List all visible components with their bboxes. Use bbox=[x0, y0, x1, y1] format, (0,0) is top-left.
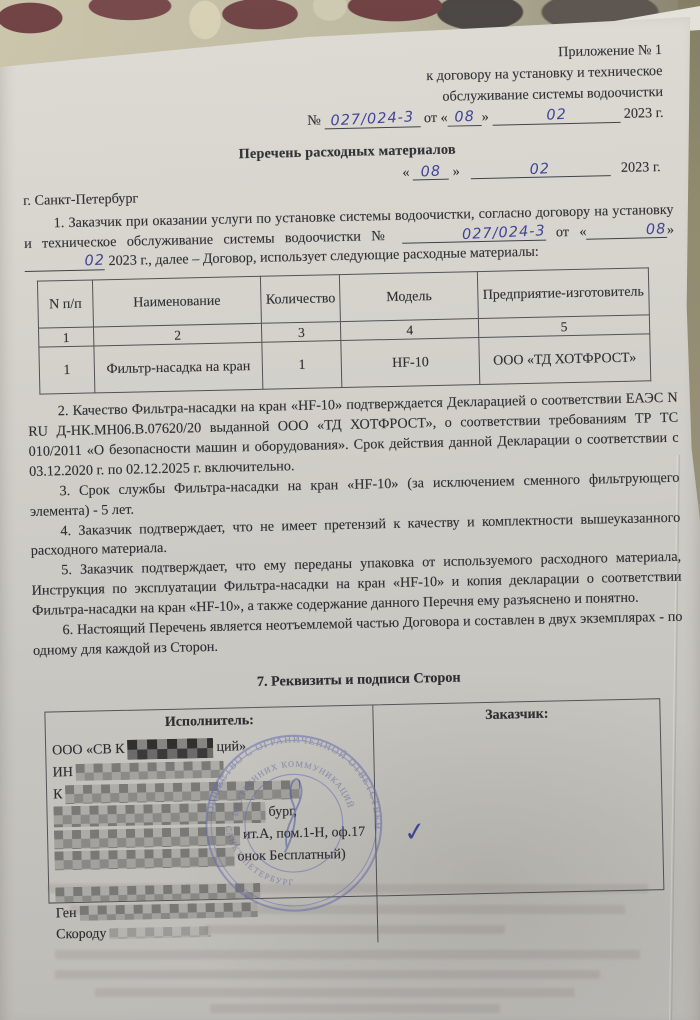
quote-close: » bbox=[481, 109, 488, 125]
company-name-fragment: ООО «СВ К bbox=[52, 740, 125, 761]
date-year: 2023 г. bbox=[621, 159, 661, 176]
document-page: Приложение № 1 к договору на установку и… bbox=[20, 40, 688, 904]
p1-day-handwritten: 08 bbox=[616, 222, 667, 239]
kpp-fragment: К bbox=[53, 785, 63, 805]
inn-fragment: ИН bbox=[52, 763, 73, 783]
cell-qty: 1 bbox=[262, 341, 342, 390]
col-header-npp: N п/п bbox=[37, 280, 93, 328]
day-handwritten: 08 bbox=[454, 110, 475, 125]
date-month-handwritten: 02 bbox=[530, 162, 551, 177]
signatures-table: Исполнитель: ООО «СВ К ций» ИН К бург, и… bbox=[44, 698, 664, 903]
year-label: 2023 г. bbox=[624, 105, 664, 122]
cell-manufacturer: ООО «ТД ХОТФРОСТ» bbox=[479, 334, 651, 385]
col-header-model: Модель bbox=[340, 272, 478, 322]
numbering-cell: 3 bbox=[261, 322, 341, 343]
redacted-block bbox=[109, 926, 211, 939]
quote-close: » bbox=[452, 163, 459, 179]
paragraph-1: 1. Заказчик при оказании услуги по устан… bbox=[24, 200, 675, 274]
customer-header: Заказчик: bbox=[380, 701, 654, 728]
p1-contract-handwritten: 027/024-3 bbox=[432, 224, 546, 244]
p1-text: » bbox=[667, 221, 674, 237]
p1-day-blank: 08 bbox=[586, 222, 667, 239]
stamp-bottom-text: САНКТ-ПЕТЕРБУРГ bbox=[217, 823, 301, 887]
redacted-block bbox=[76, 761, 224, 781]
date-day-blank: 08 bbox=[413, 165, 449, 181]
surname-fragment: Скороду bbox=[56, 924, 107, 945]
ot-label: от « bbox=[424, 110, 448, 127]
date-day-handwritten: 08 bbox=[420, 165, 441, 180]
p1-text: от « bbox=[545, 223, 586, 240]
svg-text:САНКТ-ПЕТЕРБУРГ: САНКТ-ПЕТЕРБУРГ bbox=[217, 823, 301, 887]
customer-checkmark: ✓ bbox=[402, 813, 428, 852]
cell-npp: 1 bbox=[39, 346, 95, 394]
p1-contract-blank: 027/024-3 bbox=[402, 225, 546, 244]
executor-name-line: Скороду bbox=[56, 919, 372, 945]
col-header-name: Наименование bbox=[92, 277, 261, 328]
section7-title: 7. Реквизиты и подписи Сторон bbox=[34, 663, 684, 697]
col-header-manufacturer: Предприятие-изготовитель bbox=[477, 268, 649, 319]
appendix-header: Приложение № 1 к договору на установку и… bbox=[20, 40, 672, 138]
day-blank: 08 bbox=[447, 110, 481, 126]
contract-number-handwritten: 027/024-3 bbox=[330, 110, 414, 128]
month-blank: 02 bbox=[492, 107, 620, 125]
company-stamp: ОБЩЕСТВО С ОГРАНИЧЕННОЙ ОТВЕТСТВЕННОСТЬЮ… bbox=[189, 718, 398, 927]
p1-month-handwritten: 02 bbox=[54, 254, 105, 271]
signature-scribble bbox=[283, 778, 303, 853]
customer-cell: Заказчик: ✓ bbox=[374, 699, 665, 942]
quote-open: « bbox=[402, 164, 409, 180]
materials-table: N п/п Наименование Количество Модель Пре… bbox=[37, 268, 651, 395]
month-handwritten: 02 bbox=[546, 108, 567, 123]
paragraph-2: 2. Качество Фильтра-насадки на кран «HF-… bbox=[28, 389, 680, 483]
cell-name: Фильтр-насадка на кран bbox=[94, 343, 263, 394]
col-header-qty: Количество bbox=[260, 275, 340, 324]
contract-number-blank: 027/024-3 bbox=[324, 111, 420, 129]
cell-model: HF-10 bbox=[341, 338, 479, 388]
date-month-blank: 02 bbox=[470, 161, 610, 180]
role-fragment: Ген bbox=[56, 904, 77, 924]
p1-month-blank: 02 bbox=[24, 255, 105, 272]
redacted-block bbox=[127, 738, 213, 760]
numbering-cell: 1 bbox=[38, 327, 93, 347]
no-sign: № bbox=[307, 113, 321, 129]
